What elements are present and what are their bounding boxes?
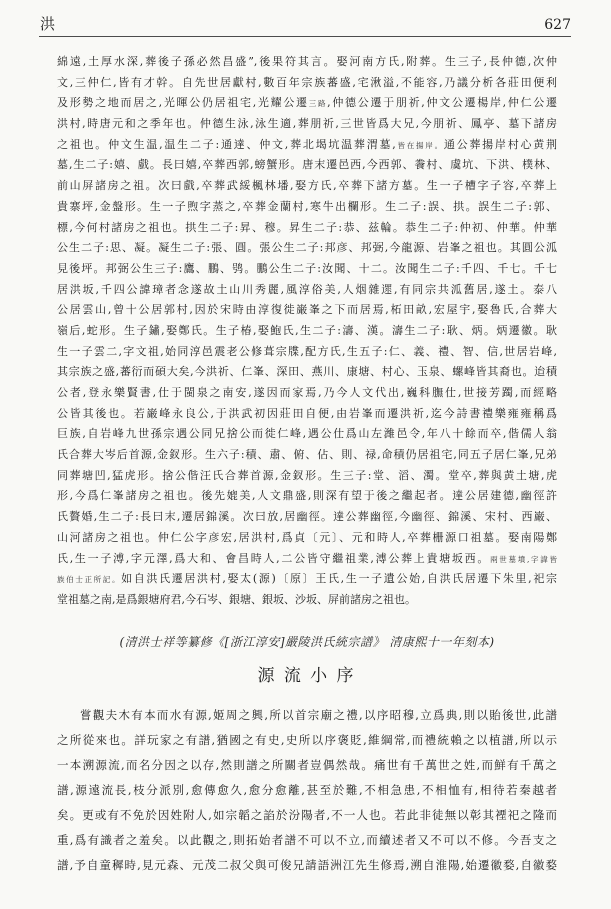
text-run: 生一子雲二,字文祖,始同淳邑震老公修葺宗牒,配方氏,生五子:仁、義、禮、智、信,… [57,345,557,358]
page-number: 627 [544,17,571,33]
text-line: 形,今爲仁峯諸房之祖也。後先媲美,人文鼎盛,則深有望于後之繼起者。達公居建德,幽… [57,486,557,507]
text-line: 嘗觀夫木有本而水有源,姬周之興,所以首宗廟之禮,以序昭穆,立爲典,則以貽後世,此… [57,703,557,728]
text-run: 氏,生一子溥,字元澤,爲大和、會昌時人,二公皆守繼祖業,溥公葬上貴塘坂西。 [57,552,490,565]
text-run: 形,今爲仁峯諸房之祖也。後先媲美,人文鼎盛,則深有望于後之繼起者。達公居建德,幽… [57,489,557,502]
text-run: 綿遠,土厚水深,葬後子孫必然昌盛”,後果符其言。娶河南方氏,附葬。生三子,長仲德… [57,55,557,68]
text-run: 嘗觀夫木有本而水有源,姬周之興,所以首宗廟之禮,以序昭穆,立爲典,則以貽後世,此… [80,708,557,722]
text-line: 標,今何村諸房之祖也。拱生二子:昇、穆。昇生二子:恭、兹輪。恭生二子:仲初、仲華… [57,218,557,239]
text-line: 其宗族之盛,蕃衍而碩大矣,今洪祈、仁峯、深田、燕川、康塘、村心、玉泉、螺峰皆其裔… [57,362,557,383]
text-run: 墓,生二子:嬉、戲。長曰嬉,卒葬西郭,螃蟹形。唐末遷邑西,今西郭、餋村、虞坑、下… [57,158,557,171]
text-run: 之所從來也。詳玩家之有譜,猶國之有史,史所以序褒貶,維綱常,而禮統賴之以植譜,所… [57,733,557,747]
interlinear-note: 族伯士正所記。 [57,575,121,584]
text-run: 譜,源遠流長,枝分派別,愈傳愈久,愈分愈離,甚至於難,不相急患,不相恤有,相待若… [57,783,557,797]
text-run: 之祖也。仲文生温,温生二子:通達、仲文,葬北堨坑温葬渭墓, [57,138,396,151]
text-line: 之所從來也。詳玩家之有譜,猶國之有史,史所以序褒貶,維綱常,而禮統賴之以植譜,所… [57,728,557,753]
text-run: 山河諸房之祖也。仲仁公字彦宏,居洪村,爲貞〔元〕、元和時人,卒葬栅源口祖墓。娶南… [57,531,557,544]
text-line: 譜,源遠流長,枝分派別,愈傳愈久,愈分愈離,甚至於難,不相急患,不相恤有,相待若… [57,778,557,803]
text-line: 氏合葬大岑后首源,金釵形。生六子:積、肅、俯、佔、則、禄,命積仍居祖宅,同五子居… [57,445,557,466]
text-run: 公皆其後也。若巌峰永良公,于洪武初因莊田自便,由岩峯而遷洪祈,迄今詩書禮樂雍雍稱… [57,407,557,420]
text-line: 同葬塘凹,猛虎形。捨公偕汪氏合葬首源,金釵形。生三子:堂、滔、濁。堂卒,葬與黄土… [57,466,557,487]
text-run: 文,三仲仁,皆有才幹。自先世居獻村,數百年宗族蕃盛,宅湫溢,不能容,乃議分析各莊… [57,76,557,89]
text-run: 堂祖墓之南,是爲銀塘府君,今石岑、銀塘、銀坂、沙坂、屏前諸房之祖也。 [57,593,416,606]
running-title: 洪 [40,13,56,34]
interlinear-note: 兩世墓墳,字諱皆 [490,555,557,564]
header-divider [39,36,571,37]
text-run: 如自洪氏遷居洪村,娶太(源)〔原〕王氏,生一子遺公始,自洪氏居遷下朱里,祀宗 [121,572,557,585]
text-line: 公居雲山,曾十公居郭村,因於宋時由淳復徙巌峯之下而居焉,柘田畝,宏屋宇,娶魯氏,… [57,300,557,321]
text-line: 見後坪。邦弼公生三子:鷹、鵬、鸮。鵬公生二子:汝聞、十二。汝聞生二子:千四、千七… [57,259,557,280]
text-line: 矣。更或有不免於因姓附人,如宗韜之諂於汾陽者,不一人也。若此非徒無以彰其禋祀之隆… [57,803,557,828]
preface-paragraph: 嘗觀夫木有本而水有源,姬周之興,所以首宗廟之禮,以序昭穆,立爲典,則以貽後世,此… [57,703,557,878]
text-line: 洪村,時唐元和之季年也。仲德生泳,泳生適,葬朋祈,三世皆爲大兄,今朋祈、鳳亭、墓… [57,114,557,135]
text-line: 居洪坂,千四公諱璋者念遂故土山川秀麗,風淳俗美,人烟雜遝,有同宗共泒舊居,遂土。… [57,280,557,301]
text-line: 重,爲有識者之羞矣。以此觀之,則拓始者譜不可以不立,而續述者又不可以不修。今吾支… [57,828,557,853]
text-line: 及形勢之地而居之,光暉公仍居祖宅,光耀公遷三路,仲德公遷于朋祈,仲文公遷楊岸,仲… [57,93,557,114]
text-line: 公皆其後也。若巌峰永良公,于洪武初因莊田自便,由岩峯而遷洪祈,迄今詩書禮樂雍雍稱… [57,404,557,425]
text-run: 重,爲有識者之羞矣。以此觀之,則拓始者譜不可以不立,而續述者又不可以不修。今吾支… [57,833,557,847]
page-header: 洪 627 [40,13,571,34]
text-line: 公生二子:思、凝。凝生二子:張、圓。張公生二子:邦彦、邦弼,今龍源、岩峯之祖也。… [57,238,557,259]
text-run: 公生二子:思、凝。凝生二子:張、圓。張公生二子:邦彦、邦弼,今龍源、岩峯之祖也。… [57,241,557,254]
text-line: 嶺后,蛇形。生子鏽,娶鄭氏。生子椿,娶鮑氏,生二子:濤、漢。濤生二子:耿、炳。炳… [57,321,557,342]
text-run: 譜,予自童穉時,見元森、元茂二叔父與可俊兄請語洲江先生修焉,溯自淮陽,始遷徽婺,… [57,858,557,872]
text-run: 見後坪。邦弼公生三子:鷹、鵬、鸮。鵬公生二子:汝聞、十二。汝聞生二子:千四、千七… [57,262,557,275]
text-run: 公居雲山,曾十公居郭村,因於宋時由淳復徙巌峯之下而居焉,柘田畝,宏屋宇,娶魯氏,… [57,303,557,316]
section-title: 源流小序 [0,661,611,686]
text-line: 山河諸房之祖也。仲仁公字彦宏,居洪村,爲貞〔元〕、元和時人,卒葬栅源口祖墓。娶南… [57,528,557,549]
text-run: 居洪坂,千四公諱璋者念遂故土山川秀麗,風淳俗美,人烟雜遝,有同宗共泒舊居,遂土。… [57,283,557,296]
text-run: 矣。更或有不免於因姓附人,如宗韜之諂於汾陽者,不一人也。若此非徒無以彰其禋祀之隆… [57,808,557,822]
text-line: 譜,予自童穉時,見元森、元茂二叔父與可俊兄請語洲江先生修焉,溯自淮陽,始遷徽婺,… [57,853,557,878]
text-line: 巨族,自岩峰九世孫宗遇公同兄捨公而徙仁峰,遇公仕爲山左濰邑令,年八十餘而卒,偕儒… [57,424,557,445]
text-run: 洪村,時唐元和之季年也。仲德生泳,泳生適,葬朋祈,三世皆爲大兄,今朋祈、鳳亭、墓… [57,117,557,130]
genealogy-text-block: 綿遠,土厚水深,葬後子孫必然昌盛”,後果符其言。娶河南方氏,附葬。生三子,長仲德… [57,52,557,611]
text-line: 氏,生一子溥,字元澤,爲大和、會昌時人,二公皆守繼祖業,溥公葬上貴塘坂西。兩世墓… [57,549,557,570]
source-citation: (清洪士祥等纂修《[浙江淳安]嚴陵洪氏統宗譜》 清康熙十一年刻本) [57,633,557,650]
text-line: 堂祖墓之南,是爲銀塘府君,今石岑、銀塘、銀坂、沙坂、屏前諸房之祖也。 [57,590,557,611]
text-line: 文,三仲仁,皆有才幹。自先世居獻村,數百年宗族蕃盛,宅湫溢,不能容,乃議分析各莊… [57,73,557,94]
text-line: 公者,登永樂賢書,仕于閩泉之南安,遂因而家焉,乃今人文代出,巍科膴仕,世接芳躅,… [57,383,557,404]
text-line: 一本溯源流,而名分因之以存,然則譜之所關者豈偶然哉。痛世有千萬世之姓,而鮮有千萬… [57,753,557,778]
text-line: 墓,生二子:嬉、戲。長曰嬉,卒葬西郭,螃蟹形。唐末遷邑西,今西郭、餋村、虞坑、下… [57,155,557,176]
text-run: 同葬塘凹,猛虎形。捨公偕汪氏合葬首源,金釵形。生三子:堂、滔、濁。堂卒,葬與黄土… [57,469,557,482]
text-run: 氏贅婚,生二子:長曰末,遷居錦溪。次曰放,居幽徑。達公葬幽徑,今幽徑、錦溪、宋村… [57,510,557,523]
text-run: 其宗族之盛,蕃衍而碩大矣,今洪祈、仁峯、深田、燕川、康塘、村心、玉泉、螺峰皆其裔… [57,365,557,378]
interlinear-note: 皆在揚岸。 [396,141,444,150]
text-line: 綿遠,土厚水深,葬後子孫必然昌盛”,後果符其言。娶河南方氏,附葬。生三子,長仲德… [57,52,557,73]
text-run: 標,今何村諸房之祖也。拱生二子:昇、穆。昇生二子:恭、兹輪。恭生二子:仲初、仲華… [57,221,557,234]
text-run: 通公葬揚岸村心黄荆 [444,138,557,151]
text-run: 嶺后,蛇形。生子鏽,娶鄭氏。生子椿,娶鮑氏,生二子:濤、漢。濤生二子:耿、炳。炳… [57,324,557,337]
scanned-genealogy-page: 洪 627 綿遠,土厚水深,葬後子孫必然昌盛”,後果符其言。娶河南方氏,附葬。生… [0,0,611,909]
text-line: 貴寨坪,金盤形。生一子煦字蒸之,卒葬金蘭村,寒牛出欄形。生二子:誤、拱。誤生二子… [57,197,557,218]
text-run: ,仲德公遷于朋祈,仲文公遷楊岸,仲仁公遷 [327,96,557,109]
text-line: 之祖也。仲文生温,温生二子:通達、仲文,葬北堨坑温葬渭墓,皆在揚岸。通公葬揚岸村… [57,135,557,156]
interlinear-note: 三路 [309,99,327,108]
text-run: 貴寨坪,金盤形。生一子煦字蒸之,卒葬金蘭村,寒牛出欄形。生二子:誤、拱。誤生二子… [57,200,557,213]
text-run: 巨族,自岩峰九世孫宗遇公同兄捨公而徙仁峰,遇公仕爲山左濰邑令,年八十餘而卒,偕儒… [57,427,557,440]
text-run: 公者,登永樂賢書,仕于閩泉之南安,遂因而家焉,乃今人文代出,巍科膴仕,世接芳躅,… [57,386,557,399]
text-run: 一本溯源流,而名分因之以存,然則譜之所關者豈偶然哉。痛世有千萬世之姓,而鮮有千萬… [57,758,557,772]
text-run: 氏合葬大岑后首源,金釵形。生六子:積、肅、俯、佔、則、禄,命積仍居祖宅,同五子居… [57,448,557,461]
text-line: 氏贅婚,生二子:長曰末,遷居錦溪。次曰放,居幽徑。達公葬幽徑,今幽徑、錦溪、宋村… [57,507,557,528]
text-line: 族伯士正所記。如自洪氏遷居洪村,娶太(源)〔原〕王氏,生一子遺公始,自洪氏居遷下… [57,569,557,590]
text-run: 及形勢之地而居之,光暉公仍居祖宅,光耀公遷 [57,96,309,109]
text-run: 前山屏諸房之祖。次曰戲,卒葬武綏楓林墦,娶方氏,卒葬下諸方墓。生一子槽字子容,卒… [57,179,557,192]
text-line: 前山屏諸房之祖。次曰戲,卒葬武綏楓林墦,娶方氏,卒葬下諸方墓。生一子槽字子容,卒… [57,176,557,197]
text-line: 生一子雲二,字文祖,始同淳邑震老公修葺宗牒,配方氏,生五子:仁、義、禮、智、信,… [57,342,557,363]
